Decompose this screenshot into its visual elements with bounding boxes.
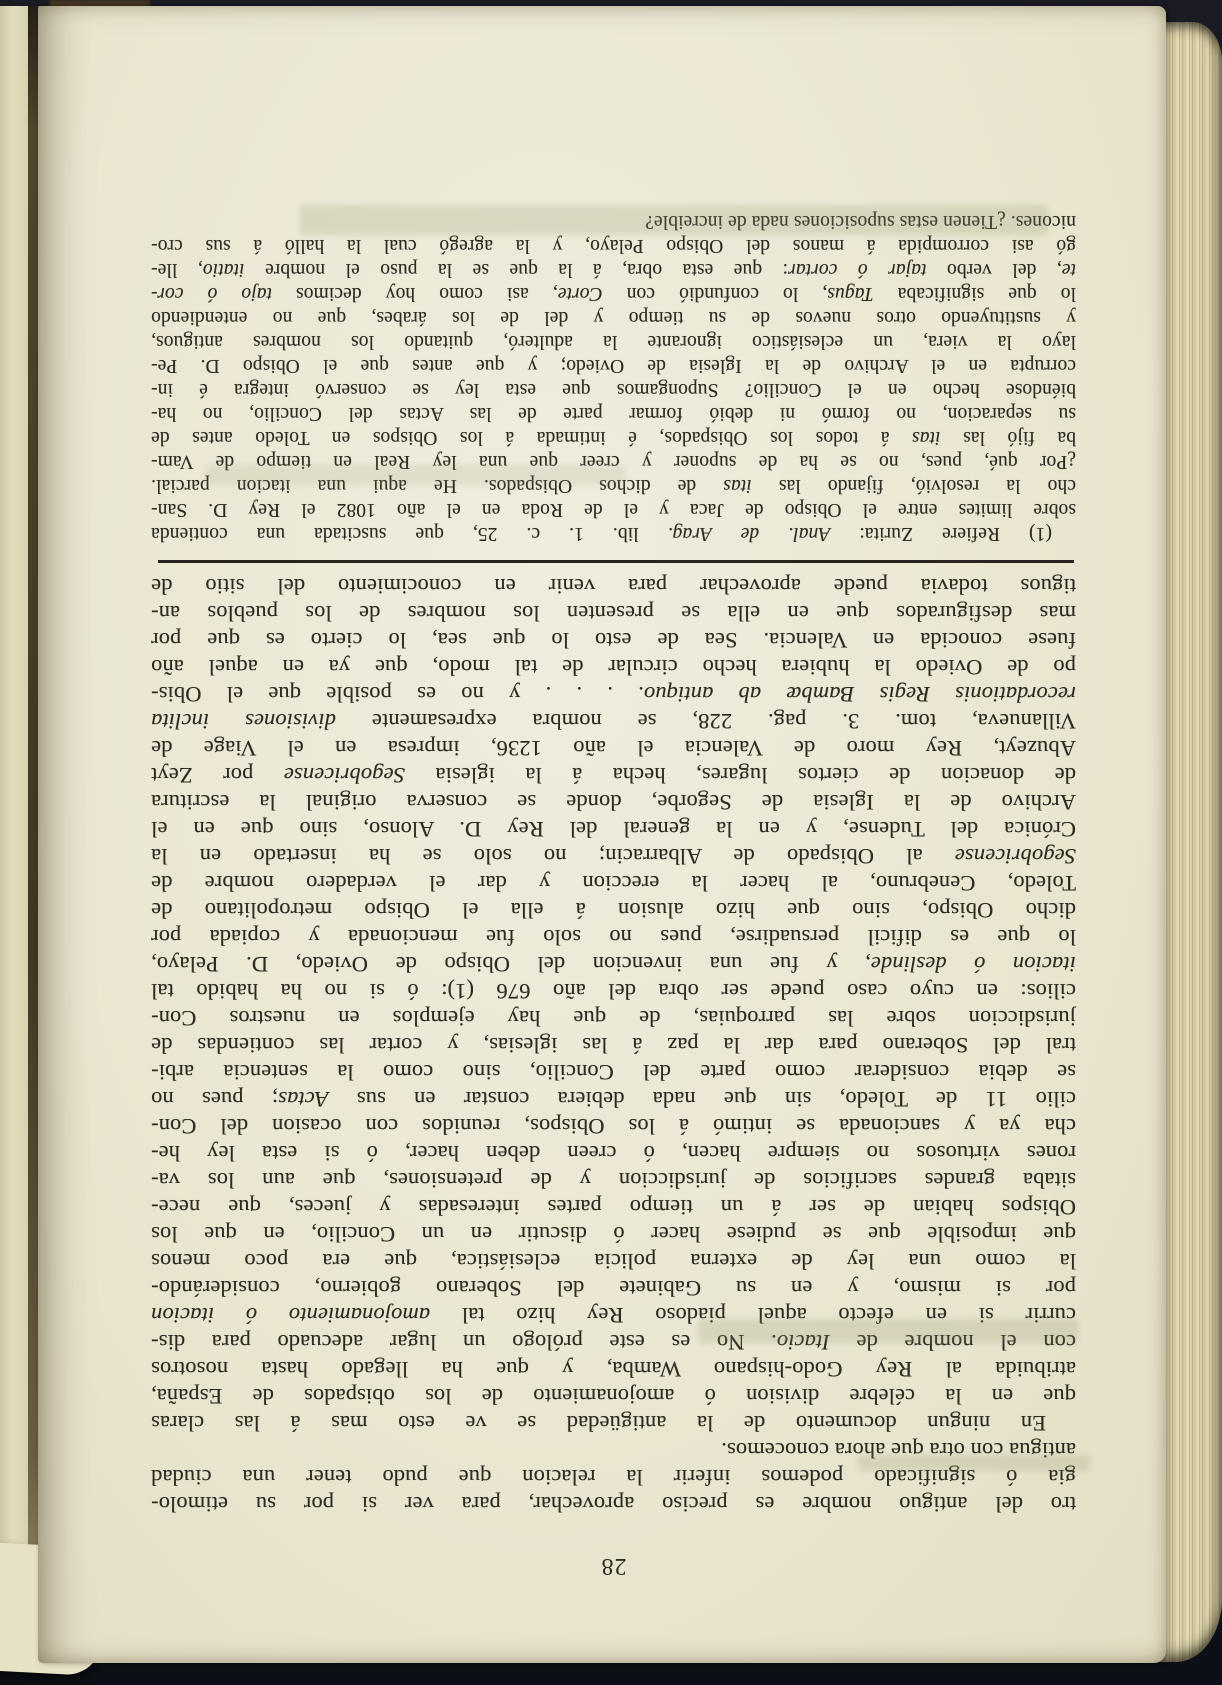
footnote-line: (1) Refiere Zurita: Anal. de Arag. lib. …	[151, 521, 1076, 545]
main-text-line: rones virtuosos no siempre hacen, ó cree…	[151, 1140, 1076, 1167]
footnote-line: layo la viera, un eclesiástico ignorante…	[151, 329, 1076, 353]
footnote-line: ba fijó las itas á todos los Obispados, …	[151, 425, 1076, 449]
show-through-smudge	[206, 465, 626, 485]
main-text-block: tro del antiguo nombre es preciso aprove…	[151, 573, 1076, 1518]
main-text-line: tro del antiguo nombre es preciso aprove…	[151, 1491, 1076, 1518]
footnote-line: corrupta en el Archivo de la Iglesia de …	[151, 353, 1076, 377]
main-text-line: tral del Soberano para dar la paz á las …	[151, 1032, 1076, 1059]
main-text-line: dicho Obispo, sino que hizo alusion á el…	[151, 897, 1076, 924]
main-text-line: jurisdiccion sobre las parroquias, de qu…	[151, 1005, 1076, 1032]
main-text-line: lo que es dificil persuadirse, pues no s…	[151, 924, 1076, 951]
footnote-line: su separacion, no formó ni debió formar …	[151, 401, 1076, 425]
main-text-line: atribuida al Rey Godo-hispano Wamba, y q…	[151, 1356, 1076, 1383]
main-text-line: que imposible que se pudiese hacer ó dis…	[151, 1221, 1076, 1248]
main-text-line: Toledo, Cenebruno, al hacer la ereccion …	[151, 870, 1076, 897]
show-through-smudge	[858, 1455, 1090, 1471]
main-text-line: En ningun documento de la antigüedad se …	[151, 1410, 1076, 1437]
adjacent-page-edge	[0, 6, 28, 1566]
main-text-line: la como una ley de externa policia ecles…	[151, 1248, 1076, 1275]
page-number: 28	[151, 1552, 1076, 1579]
book-page: 28 tro del antiguo nombre es preciso apr…	[38, 6, 1166, 1663]
footnote-line: y sustituyendo otros nuevos de su tiempo…	[151, 305, 1076, 329]
main-text-line: mas desfigurados que en ella se presente…	[151, 600, 1076, 627]
main-text-line: po de Oviedo la hubiera hecho circular d…	[151, 654, 1076, 681]
main-text-line: cha ya y sancionada se intimó á los Obis…	[151, 1113, 1076, 1140]
main-text-line: fuese conocida en Valencia. Sea de esto …	[151, 627, 1076, 654]
scanned-book-photo: 28 tro del antiguo nombre es preciso apr…	[0, 0, 1222, 1685]
main-text-line: se debia considerar como parte del Conci…	[151, 1059, 1076, 1086]
main-text-line: por si mismo, y en su Gabinete del Sober…	[151, 1275, 1076, 1302]
show-through-smudge	[698, 1319, 1078, 1343]
main-text-line: Crónica del Tudense, y en la general del…	[151, 816, 1076, 843]
footnote-line: te, del verbo tajar ó cortar: que esta o…	[151, 257, 1076, 281]
main-text-line: que en la célebre division ó amojonamien…	[151, 1383, 1076, 1410]
footnote-line: biéndose hecho en el Concilio? Supongamo…	[151, 377, 1076, 401]
main-text-line: de donacion de ciertos lugares, hecha á …	[151, 762, 1076, 789]
main-text-line: tiguos todavia puede aprovechar para ven…	[151, 573, 1076, 600]
main-text-line: recordationis Regis Bambæ ab antiquo. . …	[151, 681, 1076, 708]
main-text-line: Villanueva, tom. 3. pag. 228, se nombra …	[151, 708, 1076, 735]
show-through-smudge	[300, 205, 1048, 235]
main-text-line: Archivo de la Iglesia de Segorbe, donde …	[151, 789, 1076, 816]
footnote-line: gó asi corrompida á manos del Obispo Pel…	[151, 233, 1076, 257]
footnote-line: lo que significaba Tagus, lo confundió c…	[151, 281, 1076, 305]
main-text-line: Abuzeyt, Rey moro de Valencia el año 123…	[151, 735, 1076, 762]
main-text-line: cilio 11 de Toledo, sin que nada debiera…	[151, 1086, 1076, 1113]
footnote-separator-rule	[158, 560, 1074, 563]
footnote-block: (1) Refiere Zurita: Anal. de Arag. lib. …	[151, 209, 1076, 545]
main-text-line: itacion ó deslinde, y fue una invencion …	[151, 951, 1076, 978]
main-text-line: Obispos habian de ser á un tiempo partes…	[151, 1194, 1076, 1221]
main-text-line: Segobricense al Obispado de Albarracin; …	[151, 843, 1076, 870]
main-text-line: cilios: en cuyo caso puede ser obra del …	[151, 978, 1076, 1005]
main-text-line: sitaba grandes sacrificios de jurisdicci…	[151, 1167, 1076, 1194]
footnote-line: sobre limites entre el Obispo de Jaca y …	[151, 497, 1076, 521]
page-content-rotated-180: 28 tro del antiguo nombre es preciso apr…	[38, 6, 1166, 1663]
